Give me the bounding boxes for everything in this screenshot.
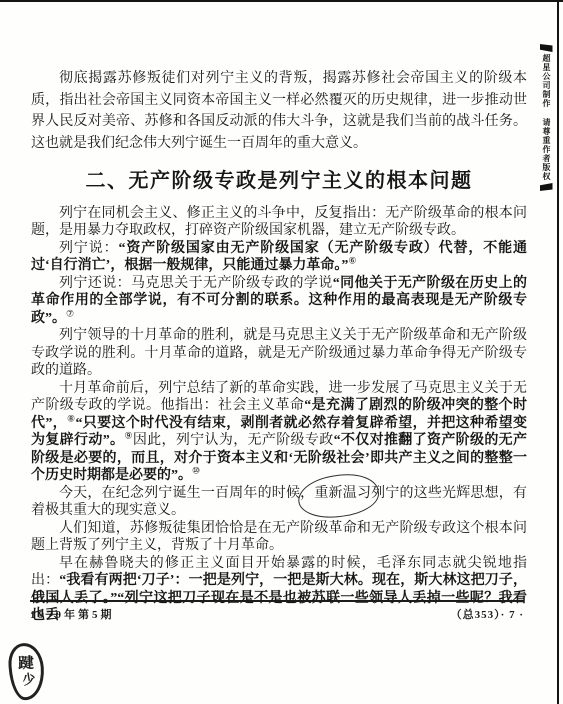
scanned-document-page: 超星公司制作 请尊重作者版权 彻底揭露苏修叛徒们对列宁主义的背叛，揭露苏修社会帝…: [0, 0, 563, 704]
page-number-label: （总353）· 7 ·: [451, 606, 524, 622]
seal-character-1: 踺: [18, 655, 34, 672]
footer-rule: [30, 600, 524, 602]
article-body: 彻底揭露苏修叛徒们对列宁主义的背叛，揭露苏修社会帝国主义的阶级本质，指出社会帝国…: [31, 68, 527, 625]
section-heading: 二、无产阶级专政是列宁主义的根本问题: [31, 168, 527, 194]
text-run: 今天，在纪念列宁诞生一百周年的时候，: [59, 486, 314, 501]
footnote-marker: ⑥: [348, 256, 356, 266]
paragraph-2: 列宁在同机会主义、修正主义的斗争中，反复指出：无产阶级革命的根本问题，是用暴力夺…: [31, 205, 527, 240]
seal-character-2: 少: [21, 670, 37, 688]
paragraph-8: 人们知道，苏修叛徒集团恰恰是在无产阶级革命和无产阶级专政这个根本问题上背叛了列宁…: [31, 520, 527, 555]
paragraph-6: 十月革命前后，列宁总结了新的革命实践，进一步发展了马克思主义关于无产阶级专政的学…: [31, 380, 527, 485]
hand-drawn-circle-annotation: 重新温: [314, 486, 357, 501]
text-run: 列宁说：: [59, 241, 118, 256]
paragraph-0: 彻底揭露苏修叛徒们对列宁主义的背叛，揭露苏修社会帝国主义的阶级本质，指出社会帝国…: [31, 68, 527, 155]
top-border-line: [0, 0, 563, 2]
copyright-watermark: 超星公司制作 请尊重作者版权: [538, 44, 554, 191]
issue-label: 1970年第5期: [30, 606, 115, 622]
footnote-marker: ⑨: [124, 431, 132, 441]
text-run: 彻底揭露苏修叛徒们对列宁主义的背叛，揭露苏修社会帝国主义的阶级本质，指出社会帝国…: [31, 71, 527, 151]
ink-seal: 踺 少: [7, 642, 46, 701]
page-footer: 1970年第5期 （总353）· 7 ·: [30, 606, 524, 622]
watermark-bottom-flag-icon: [540, 183, 553, 191]
text-run: 列宁在同机会主义、修正主义的斗争中，反复指出：无产阶级革命的根本问题，是用暴力夺…: [31, 206, 527, 239]
text-run: 列宁领导的十月革命的胜利，就是马克思主义关于无产阶级革命和无产阶级专政学说的胜利…: [31, 328, 527, 378]
footnote-marker: ⑩: [192, 466, 200, 476]
right-border-line: [557, 0, 559, 704]
paragraph-3: 列宁说：“资产阶级国家由无产阶级国家（无产阶级专政）代替，不能通过‘自行消亡’，…: [31, 240, 527, 275]
footnote-marker: ⑦: [66, 308, 74, 318]
watermark-top-flag-icon: [540, 44, 553, 52]
text-run: 因此，列宁认为，无产阶级专政: [133, 433, 334, 448]
paragraph-4: 列宁还说：马克思关于无产阶级专政的学说“同他关于无产阶级在历史上的革命作用的全部…: [31, 275, 527, 328]
text-run: 人们知道，苏修叛徒集团恰恰是在无产阶级革命和无产阶级专政这个根本问题上背叛了列宁…: [31, 521, 527, 554]
paragraph-7: 今天，在纪念列宁诞生一百周年的时候，重新温习列宁的这些光辉思想，有着极其重大的现…: [31, 485, 527, 520]
watermark-text: 超星公司制作 请尊重作者版权: [539, 54, 553, 181]
text-run: 列宁还说：马克思关于无产阶级专政的学说: [59, 276, 333, 291]
paragraph-5: 列宁领导的十月革命的胜利，就是马克思主义关于无产阶级革命和无产阶级专政学说的胜利…: [31, 327, 527, 380]
